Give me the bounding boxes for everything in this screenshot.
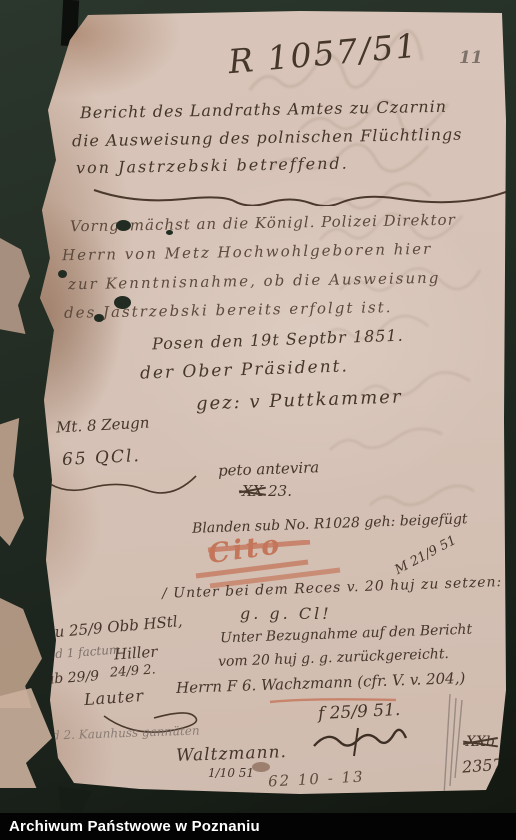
clerk-date: 1/10 51 — [208, 766, 254, 780]
paper-hole — [94, 314, 104, 322]
torn-page-fragment — [0, 418, 24, 546]
remark-line: vom 20 huj g. g. zurückgereicht. — [218, 646, 449, 670]
paper-hole — [114, 296, 131, 309]
divider-flourish — [92, 180, 508, 206]
archival-scan: R 1057/51 11 Bericht des Landraths Amtes… — [0, 0, 516, 840]
date-note: 24/9 2. — [110, 662, 157, 680]
crossed-mark: XXb — [466, 734, 495, 750]
addressee-line: Herrn F 6. Wachzmann (cfr. V. v. 204,) — [176, 669, 466, 697]
paper-hole — [58, 270, 67, 278]
paper-hole — [166, 230, 173, 235]
paper-hole — [116, 220, 131, 231]
pencil-note: ad 1 factum — [48, 642, 121, 661]
registry-note: peto antevira — [218, 458, 320, 480]
folio-number: 11 — [459, 48, 483, 68]
manuscript-page: R 1057/51 11 Bericht des Landraths Amtes… — [0, 0, 516, 840]
torn-page-fragment — [0, 238, 30, 334]
torn-page-fragment — [0, 688, 52, 788]
archive-caption: Archiwum Państwowe w Poznaniu — [9, 818, 260, 835]
name-note: Hiller — [113, 643, 158, 664]
date-note: ab 29/9 — [46, 668, 100, 688]
margin-flourish — [38, 468, 198, 494]
date-signed: f 25/9 51. — [318, 700, 401, 724]
pencil-strokes — [440, 690, 468, 800]
shelf-number: 62 10 - 13 — [268, 767, 365, 790]
archive-caption-bar: Archiwum Państwowe w Poznaniu — [0, 813, 516, 840]
signature-scribble — [310, 724, 410, 758]
pencil-note: d 2. Kaunhuss gannüten — [52, 723, 200, 742]
gg-note: g. g. Cl! — [240, 604, 332, 623]
clerk-signature: Waltzmann. — [176, 742, 288, 766]
ink-smudge — [252, 762, 270, 772]
crossed-text: XXb — [466, 734, 495, 750]
file-number: 2357. — [461, 754, 508, 776]
registry-note-crossed: XX 23. — [242, 482, 292, 500]
date-note: Zu 25/9 Obb HStl, — [43, 612, 183, 642]
remark-line: Unter Bezugnahme auf den Bericht — [220, 622, 473, 647]
margin-note: Mt. 8 Zeugn — [56, 414, 150, 437]
note-number: 23. — [268, 482, 292, 500]
crossed-text: XX — [242, 482, 263, 500]
margin-note: 65 QCl. — [62, 446, 142, 470]
shadow-wedge — [58, 786, 92, 812]
